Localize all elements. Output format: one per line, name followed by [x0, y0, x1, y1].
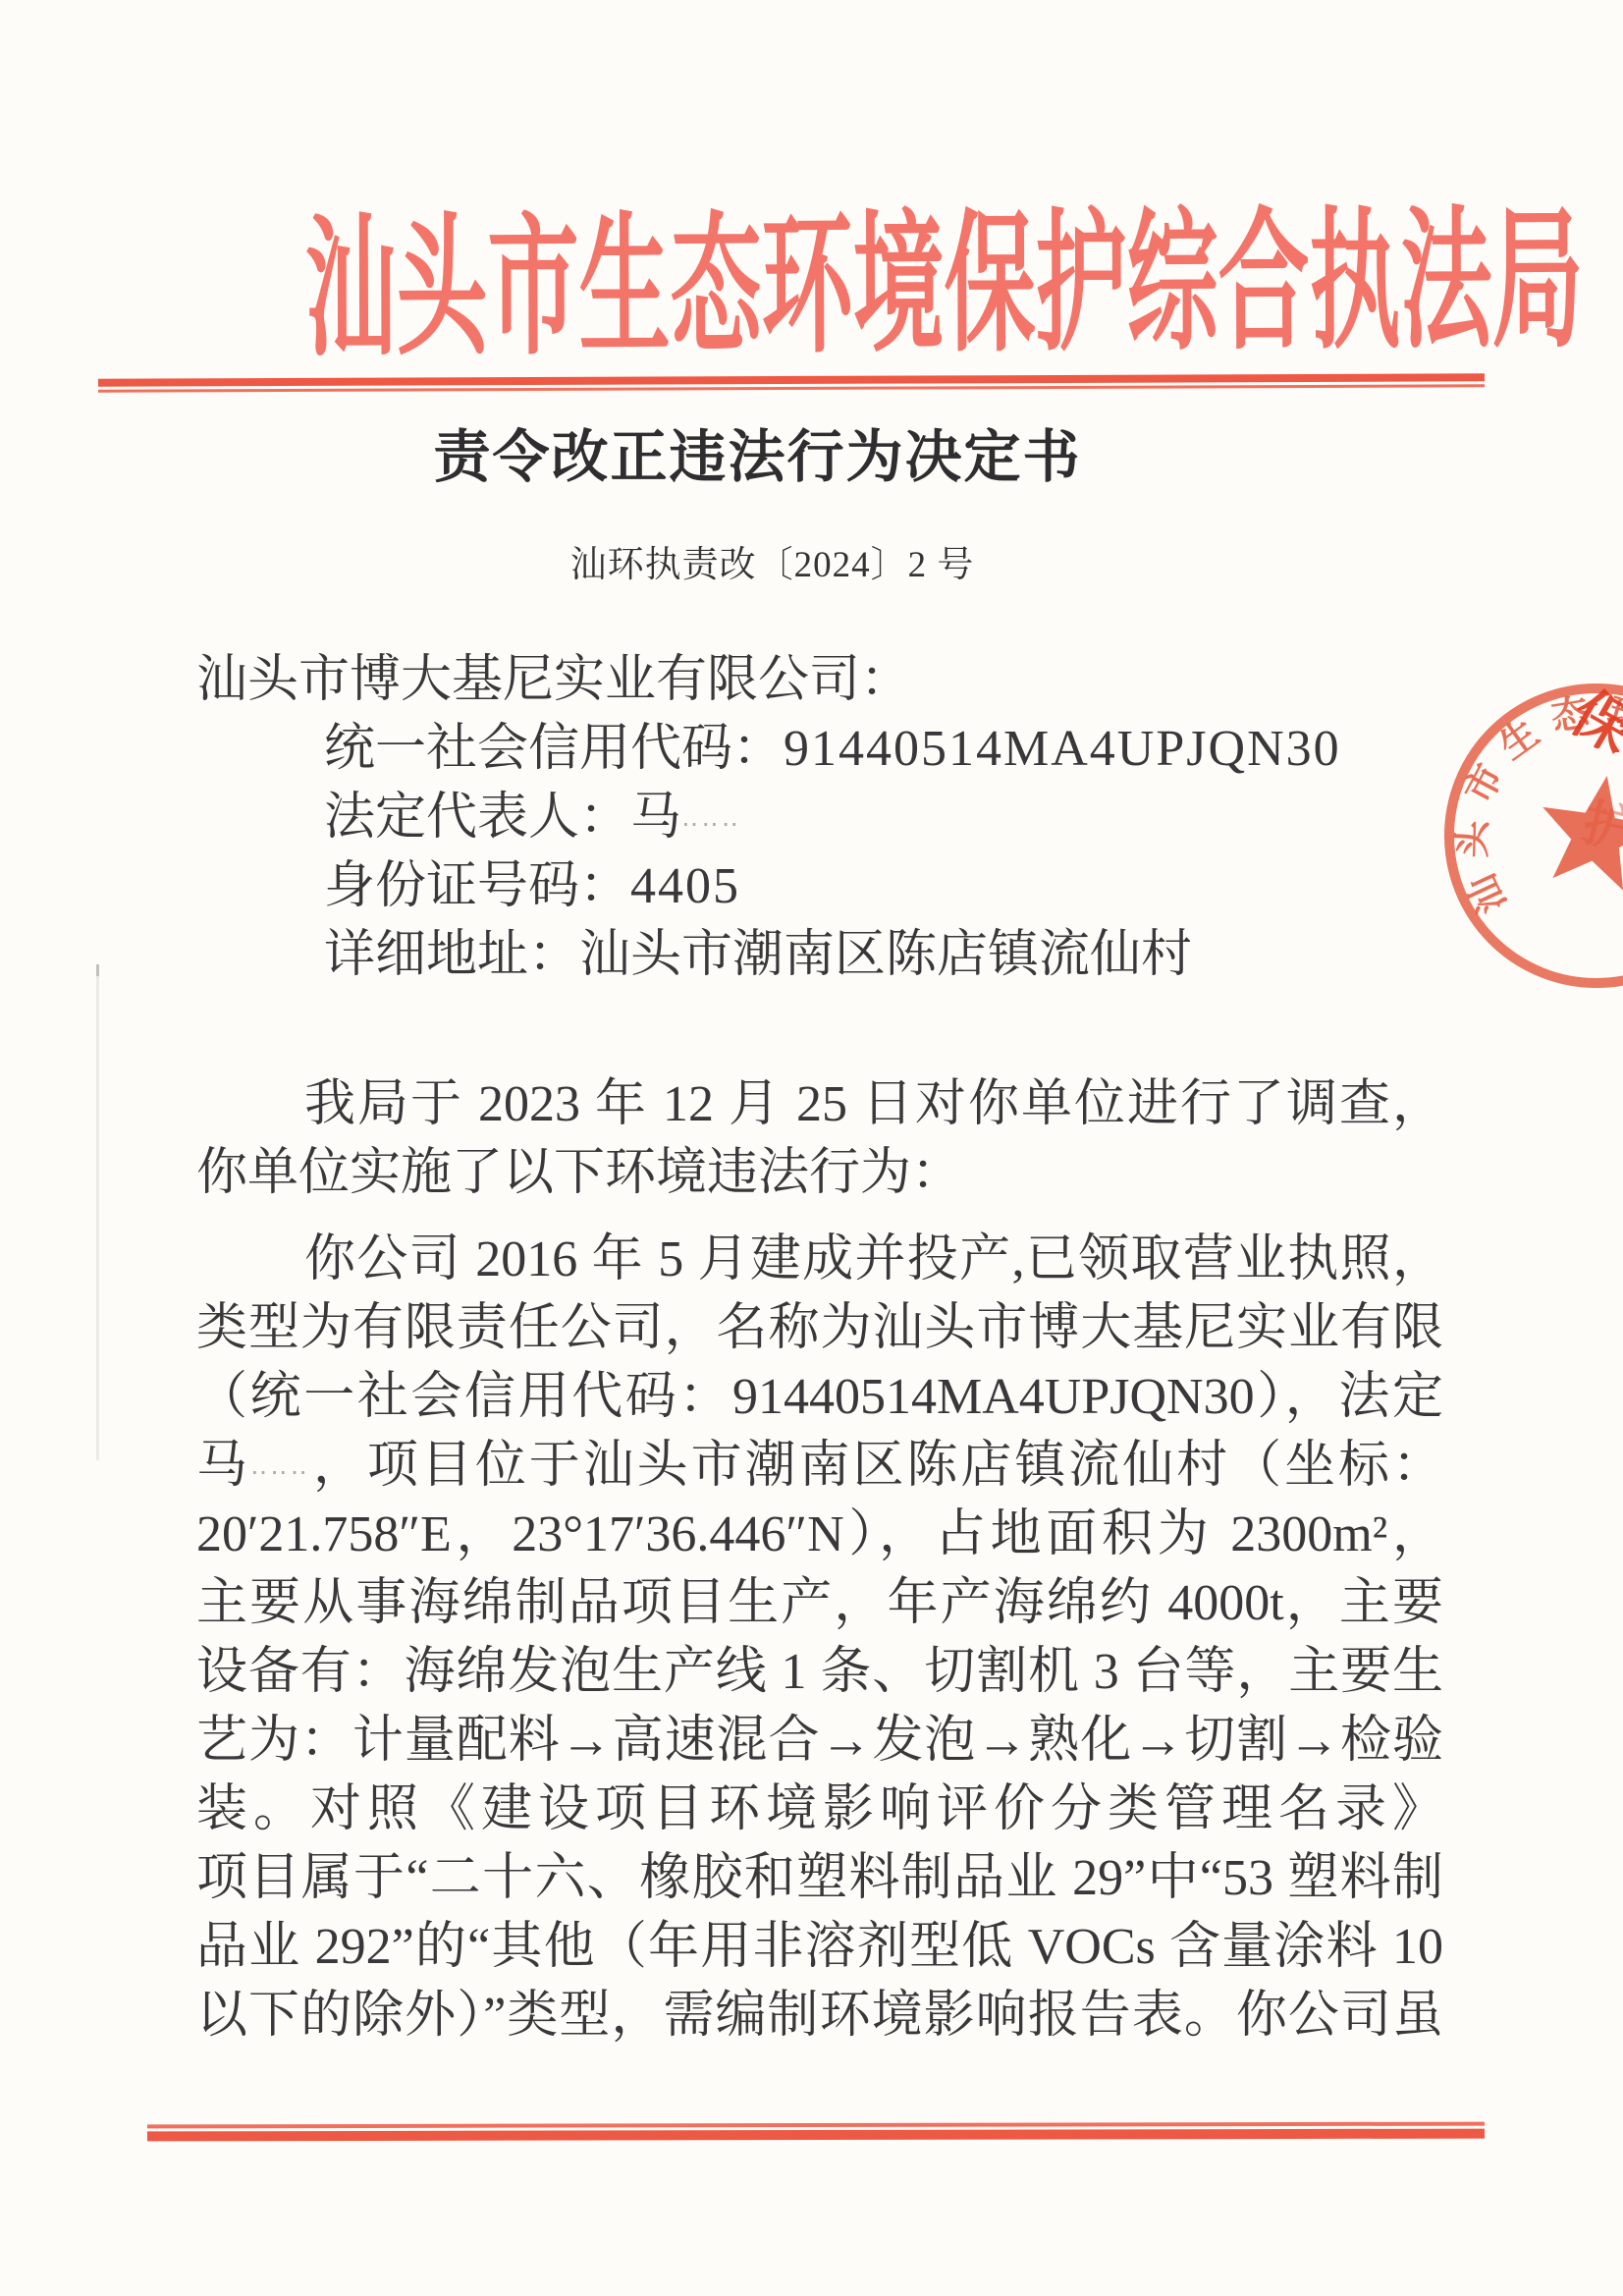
id-number-label: 身份证号码： — [324, 858, 630, 914]
paragraph-gap — [196, 990, 1443, 1070]
body-line-redacted: 马‥‥‥，项目位于汕头市潮南区陈店镇流仙村（坐标：116° — [196, 1432, 1443, 1501]
agency-title: 汕头市生态环境保护综合执法局 — [304, 204, 1278, 368]
credit-code-value: 91440514MA4UPJQN30 — [784, 721, 1341, 777]
recipient-company: 汕头市博大基尼实业有限公司： — [196, 646, 1443, 715]
seal-overlay-char: 保 — [1562, 683, 1623, 763]
legal-rep-redaction: ‥‥‥ — [681, 803, 741, 832]
rep-name-inline: 马 — [196, 1438, 250, 1494]
recipient-address: 详细地址：汕头市潮南区陈店镇流仙村 — [196, 921, 1443, 990]
body-line: 类型为有限责任公司，名称为汕头市博大基尼实业有限公司 — [196, 1294, 1443, 1363]
body-line: 你公司 2016 年 5 月建成并投产,已领取营业执照，注册 — [196, 1226, 1443, 1294]
body-line: 装。对照《建设项目环境影响评价分类管理名录》（2021 版）， — [196, 1776, 1443, 1844]
body-line: 以下的除外）”类型，需编制环境影响报告表。你公司虽已 — [196, 1982, 1443, 2050]
body-paragraph1-line2: 你单位实施了以下环境违法行为： — [196, 1139, 1443, 1208]
body-line: 设备有：海绵发泡生产线 1 条、切割机 3 台等，主要生产工 — [196, 1638, 1443, 1707]
credit-code-label: 统一社会信用代码： — [324, 721, 784, 777]
footer-rule-thin — [147, 2122, 1485, 2129]
body-paragraph2: 你公司 2016 年 5 月建成并投产,已领取营业执照，注册 类型为有限责任公司… — [196, 1226, 1443, 2050]
legal-rep-label: 法定代表人： — [324, 790, 630, 846]
document-body: 汕头市博大基尼实业有限公司： 统一社会信用代码：91440514MA4UPJQN… — [196, 646, 1443, 2050]
scan-edge-artifact — [96, 964, 99, 1460]
recipient-legal-rep: 法定代表人：马‥‥‥ — [196, 784, 1443, 852]
body-line-rest: ，项目位于汕头市潮南区陈店镇流仙村（坐标：116° — [196, 1438, 1443, 1501]
address-value: 汕头市潮南区陈店镇流仙村 — [579, 927, 1192, 983]
body-line: 艺为：计量配料→高速混合→发泡→熟化→切割→检验包 — [196, 1707, 1443, 1776]
document-page: 汕头市生态环境保护综合执法局 责令改正违法行为决定书 汕环执责改〔2024〕2 … — [0, 0, 1623, 2296]
body-line: （统一社会信用代码：91440514MA4UPJQN30），法定代表人 — [196, 1363, 1443, 1432]
address-label: 详细地址： — [324, 927, 579, 983]
footer-rule-thick — [147, 2129, 1485, 2142]
body-line: 20′21.758″E，23°17′36.446″N），占地面积为 2300m²… — [196, 1501, 1443, 1569]
body-line: 项目属于“二十六、橡胶和塑料制品业 29”中“53 塑料制 — [196, 1844, 1443, 1913]
body-line: 品业 292”的“其他（年用非溶剂型低 VOCs 含量涂料 10 吨 — [196, 1913, 1443, 1982]
seal-overlay-char-faint: 护 — [1577, 797, 1623, 859]
recipient-credit-code: 统一社会信用代码：91440514MA4UPJQN30 — [196, 715, 1443, 784]
body-line: 主要从事海绵制品项目生产，年产海绵约 4000t，主要生产 — [196, 1569, 1443, 1638]
rep-redaction-inline: ‥‥‥ — [250, 1451, 310, 1480]
recipient-id-number: 身份证号码：4405 — [196, 852, 1443, 921]
header-rule — [98, 373, 1485, 392]
footer-rule — [147, 2122, 1485, 2142]
document-number: 汕环执责改〔2024〕2 号 — [0, 546, 1584, 585]
legal-rep-name: 马 — [630, 790, 681, 846]
id-number-value: 4405 — [630, 858, 740, 914]
document-title: 责令改正违法行为决定书 — [0, 428, 1569, 487]
body-paragraph1-line1: 我局于 2023 年 12 月 25 日对你单位进行了调查，发现 — [196, 1070, 1443, 1139]
